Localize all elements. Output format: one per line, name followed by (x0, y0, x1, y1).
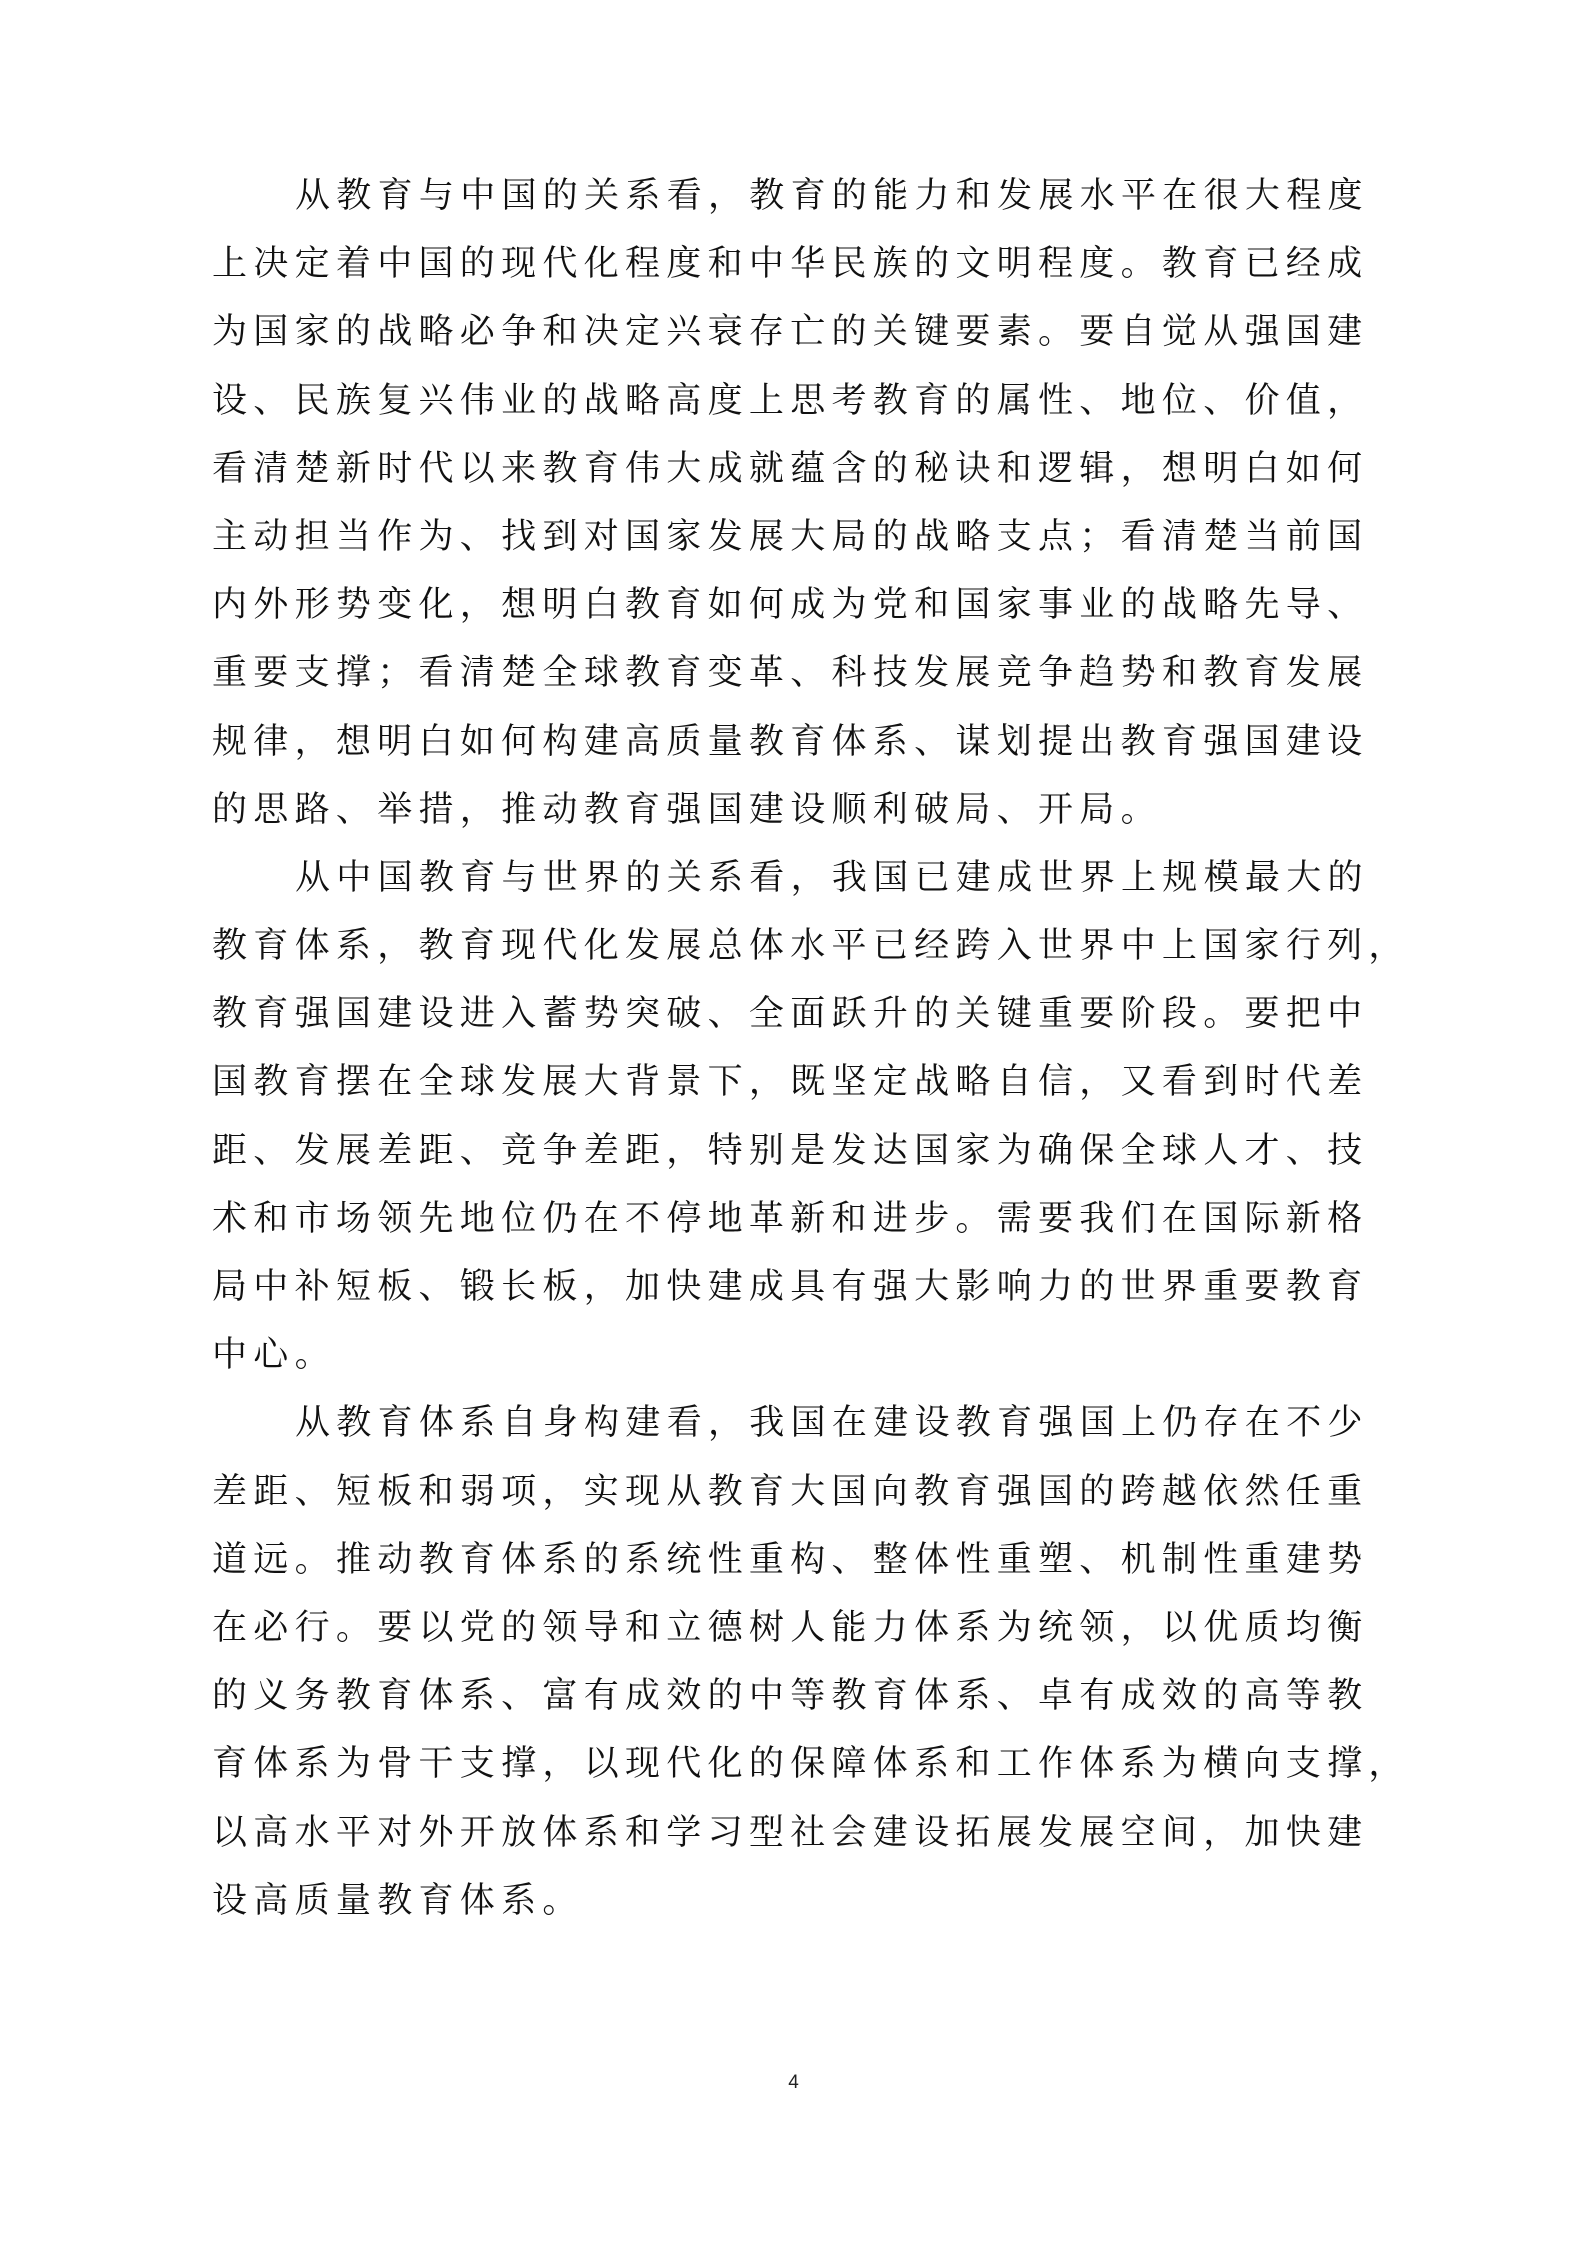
paragraph-1-line-9: 规律，想明白如何构建高质量教育体系、谋划提出教育强国建设 (212, 708, 1382, 776)
paragraph-1-line-3: 为国家的战略必争和决定兴衰存亡的关键要素。要自觉从强国建 (212, 298, 1382, 366)
paragraph-1-line-4: 设、民族复兴伟业的战略高度上思考教育的属性、地位、价值， (212, 367, 1382, 435)
paragraph-2-line-1: 从中国教育与世界的关系看，我国已建成世界上规模最大的 (212, 844, 1382, 912)
body-text: 从教育与中国的关系看，教育的能力和发展水平在很大程度 上决定着中国的现代化程度和… (212, 162, 1382, 1935)
paragraph-3-line-4: 在必行。要以党的领导和立德树人能力体系为统领，以优质均衡 (212, 1594, 1382, 1662)
paragraph-1-line-7: 内外形势变化，想明白教育如何成为党和国家事业的战略先导、 (212, 571, 1382, 639)
paragraph-2-line-8: 中心。 (212, 1321, 1382, 1389)
document-page: 从教育与中国的关系看，教育的能力和发展水平在很大程度 上决定着中国的现代化程度和… (0, 0, 1587, 2245)
paragraph-2-line-7: 局中补短板、锻长板，加快建成具有强大影响力的世界重要教育 (212, 1253, 1382, 1321)
paragraph-2-line-4: 国教育摆在全球发展大背景下，既坚定战略自信，又看到时代差 (212, 1048, 1382, 1116)
paragraph-3-line-5: 的义务教育体系、富有成效的中等教育体系、卓有成效的高等教 (212, 1662, 1382, 1730)
paragraph-2-line-5: 距、发展差距、竞争差距，特别是发达国家为确保全球人才、技 (212, 1117, 1382, 1185)
paragraph-3-line-1: 从教育体系自身构建看，我国在建设教育强国上仍存在不少 (212, 1389, 1382, 1457)
paragraph-1-line-5: 看清楚新时代以来教育伟大成就蕴含的秘诀和逻辑，想明白如何 (212, 435, 1382, 503)
paragraph-2-line-2: 教育体系，教育现代化发展总体水平已经跨入世界中上国家行列， (212, 912, 1382, 980)
paragraph-1-line-8: 重要支撑；看清楚全球教育变革、科技发展竞争趋势和教育发展 (212, 639, 1382, 707)
page-number: 4 (0, 2072, 1587, 2094)
paragraph-1-line-2: 上决定着中国的现代化程度和中华民族的文明程度。教育已经成 (212, 230, 1382, 298)
paragraph-3-line-3: 道远。推动教育体系的系统性重构、整体性重塑、机制性重建势 (212, 1526, 1382, 1594)
paragraph-1-line-1: 从教育与中国的关系看，教育的能力和发展水平在很大程度 (212, 162, 1382, 230)
paragraph-3-line-7: 以高水平对外开放体系和学习型社会建设拓展发展空间，加快建 (212, 1799, 1382, 1867)
paragraph-2-line-6: 术和市场领先地位仍在不停地革新和进步。需要我们在国际新格 (212, 1185, 1382, 1253)
paragraph-1-line-6: 主动担当作为、找到对国家发展大局的战略支点；看清楚当前国 (212, 503, 1382, 571)
paragraph-3-line-8: 设高质量教育体系。 (212, 1867, 1382, 1935)
paragraph-3-line-2: 差距、短板和弱项，实现从教育大国向教育强国的跨越依然任重 (212, 1458, 1382, 1526)
paragraph-3-line-6: 育体系为骨干支撑，以现代化的保障体系和工作体系为横向支撑， (212, 1730, 1382, 1798)
paragraph-1-line-10: 的思路、举措，推动教育强国建设顺利破局、开局。 (212, 776, 1382, 844)
paragraph-2-line-3: 教育强国建设进入蓄势突破、全面跃升的关键重要阶段。要把中 (212, 980, 1382, 1048)
